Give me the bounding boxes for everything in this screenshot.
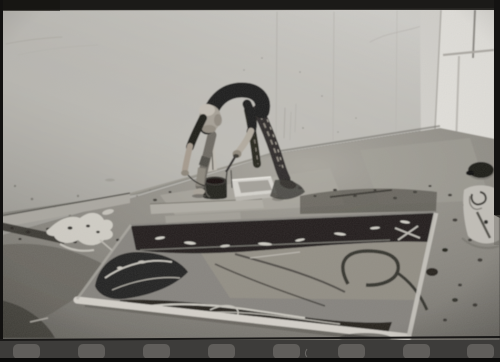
sprocket-hole bbox=[338, 344, 365, 359]
sprocket-hole bbox=[78, 344, 105, 359]
scene-svg bbox=[0, 0, 500, 362]
left-film-edge bbox=[0, 0, 3, 341]
sprocket-hole bbox=[143, 344, 170, 359]
top-exposure-bar bbox=[0, 0, 500, 10]
sprocket-hole bbox=[13, 344, 40, 359]
photograph-film-still bbox=[0, 0, 500, 362]
sprocket-hole bbox=[208, 344, 235, 359]
sprocket-hole bbox=[403, 344, 430, 359]
right-film-edge bbox=[494, 0, 500, 218]
sprocket-hole bbox=[273, 344, 300, 359]
sprocket-hole bbox=[467, 344, 494, 359]
sprocket-strip bbox=[0, 337, 500, 362]
film-grain-overlay bbox=[0, 0, 500, 362]
